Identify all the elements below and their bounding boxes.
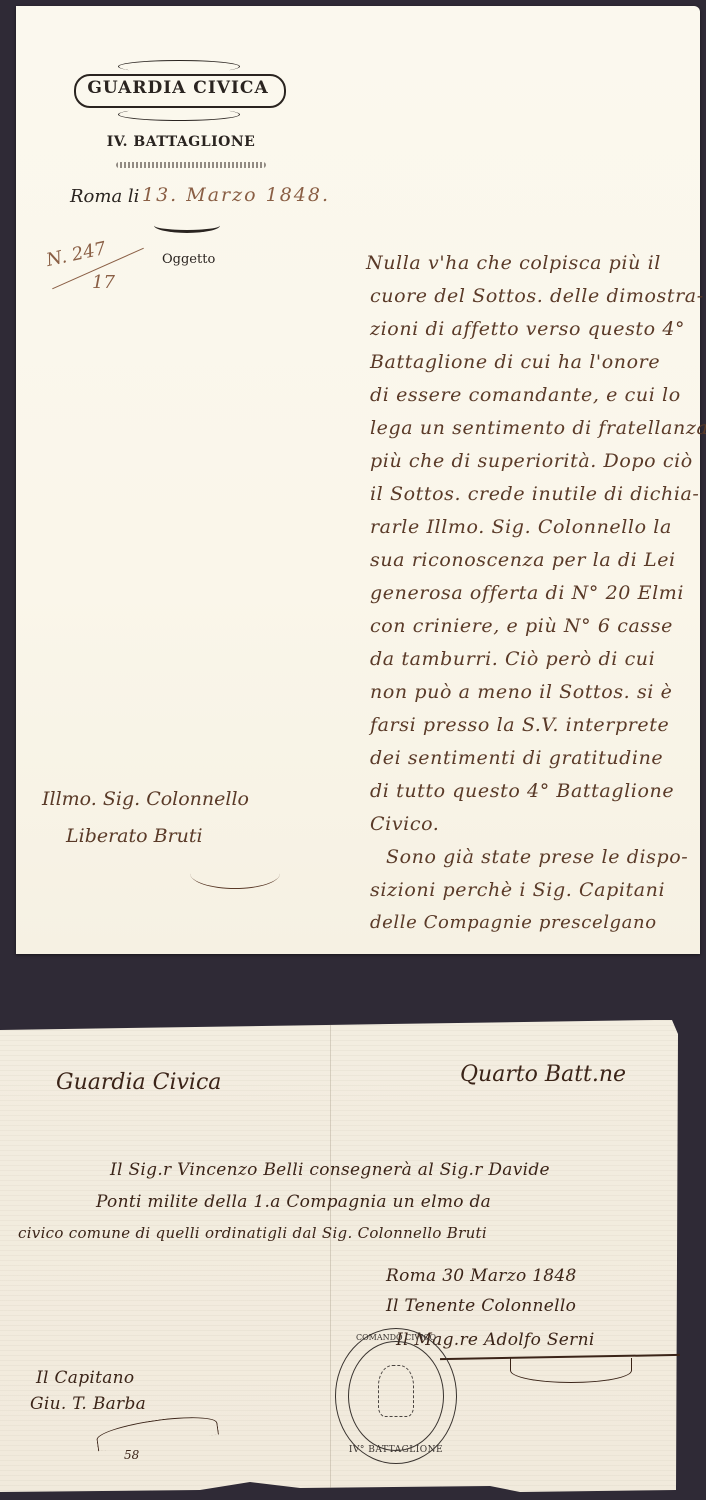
body-line: di tutto questo 4° Battaglione <box>370 780 674 802</box>
stamp-bottom-text: IV° BATTAGLIONE <box>336 1445 456 1455</box>
body-line: generosa offerta di N° 20 Elmi <box>370 582 684 604</box>
papal-keys-icon <box>378 1365 414 1417</box>
corps-title: GUARDIA CIVICA <box>60 78 296 98</box>
body-line: farsi presso la S.V. interprete <box>370 714 669 736</box>
addressee-name: Liberato Bruti <box>66 825 203 847</box>
body-line: di essere comandante, e cui lo <box>370 384 681 406</box>
receipt-header-left: Guardia Civica <box>56 1070 221 1095</box>
addressee-title: Illmo. Sig. Colonnello <box>42 788 249 810</box>
letter-date: 13. Marzo 1848. <box>142 184 330 206</box>
paper-fold <box>330 1020 331 1495</box>
receipt-header-right: Quarto Batt.ne <box>460 1062 626 1087</box>
body-line: da tamburri. Ciò però di cui <box>370 648 655 670</box>
battalion-stamp: COMANDO CIVICO IV° BATTAGLIONE <box>335 1328 457 1464</box>
body-line: il Sottos. crede inutile di dichia- <box>370 483 699 505</box>
subject-label: Oggetto <box>162 252 215 267</box>
body-line: con criniere, e più N° 6 casse <box>370 615 673 637</box>
stamp-top-text: COMANDO CIVICO <box>336 1333 456 1342</box>
signature-flourish <box>190 858 280 889</box>
letterhead-crest: GUARDIA CIVICA <box>60 58 296 124</box>
body-line: zioni di affetto verso questo 4° <box>370 318 685 340</box>
receipt-date: Roma 30 Marzo 1848 <box>386 1266 577 1286</box>
wavy-divider <box>116 162 266 168</box>
battalion-title: IV. BATTAGLIONE <box>16 134 346 150</box>
receipt-line: civico comune di quelli ordinatigli dal … <box>18 1224 487 1242</box>
body-line: Civico. <box>370 813 439 835</box>
captain-label: Il Capitano <box>36 1368 134 1388</box>
signature-flourish <box>510 1358 632 1383</box>
body-line: più che di superiorità. Dopo ciò <box>370 450 693 472</box>
body-line: non può a meno il Sottos. si è <box>370 681 672 703</box>
body-line: Nulla v'ha che colpisca più il <box>366 252 661 274</box>
captain-name: Giu. T. Barba <box>30 1394 146 1414</box>
body-line: sizioni perchè i Sig. Capitani <box>370 879 665 901</box>
protocol-number: N. 247 <box>44 238 107 271</box>
body-line: sua riconoscenza per la di Lei <box>370 549 676 571</box>
ornament-icon <box>154 218 220 233</box>
signer-title: Il Tenente Colonnello <box>386 1296 576 1316</box>
body-line: rarle Illmo. Sig. Colonnello la <box>370 516 672 538</box>
ornament-icon <box>118 60 240 73</box>
letter-page: GUARDIA CIVICA IV. BATTAGLIONE Roma li 1… <box>16 6 700 954</box>
body-line: Sono già state prese le dispo- <box>386 846 688 868</box>
ornament-icon <box>118 108 240 121</box>
body-line: lega un sentimento di fratellanza <box>370 417 706 439</box>
body-line: Battaglione di cui ha l'onore <box>370 351 660 373</box>
body-line: cuore del Sottos. delle dimostra- <box>370 285 704 307</box>
body-line: dei sentimenti di gratitudine <box>370 747 663 769</box>
receipt-line: Il Sig.r Vincenzo Belli consegnerà al Si… <box>110 1160 550 1180</box>
receipt-line: Ponti milite della 1.a Compagnia un elmo… <box>96 1192 491 1212</box>
place-prefix: Roma li <box>70 186 139 207</box>
body-line: delle Compagnie prescelgano <box>370 912 657 933</box>
protocol-sub-number: 17 <box>92 272 115 293</box>
note-number: 58 <box>124 1448 139 1462</box>
